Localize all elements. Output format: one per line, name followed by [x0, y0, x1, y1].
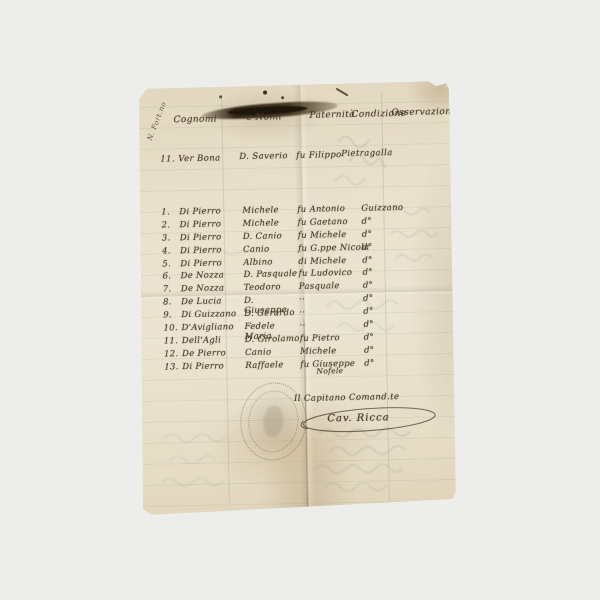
header-cognomi: Cognomi: [173, 114, 217, 125]
row-osservazione: d°: [362, 254, 440, 265]
row-cognome: De Pierro: [182, 348, 245, 359]
row-paternita: fu G.ppe Nicola: [298, 242, 362, 253]
lead-entry-cognome: Ver Bona: [178, 153, 220, 164]
ink-spatter-dot: [219, 95, 222, 98]
row-osservazione: d°: [362, 241, 440, 252]
row-nome: Canio: [243, 244, 298, 255]
row-number: 11.: [164, 336, 182, 346]
header-osservazioni: Osservazioni: [391, 107, 454, 118]
header-paternita: Paternità: [309, 110, 355, 121]
row-cognome: Di Pierro: [182, 361, 245, 372]
row-paternita: fu Michele: [298, 229, 362, 240]
row-number: 8.: [163, 297, 181, 307]
row-osservazione: d°: [363, 318, 441, 329]
row-osservazione: d°: [364, 357, 442, 368]
row-paternita: ··: [299, 320, 363, 331]
photo-backdrop: N. Fort.no Cognomi e Nomi Paternità Cond…: [0, 0, 600, 600]
row-osservazione: d°: [363, 305, 441, 316]
row-number: 5.: [162, 259, 180, 269]
row-paternita: fu Gaetano: [297, 217, 361, 228]
row-cognome: Di Guizzano: [181, 309, 244, 320]
row-paternita: ··: [299, 307, 363, 318]
row-paternita: fu Antonio: [297, 204, 361, 215]
row-number: 10.: [163, 323, 181, 333]
row-paternita-second-line: Nofele: [316, 366, 343, 376]
row-nome: Raffaele: [245, 360, 300, 371]
row-number: 6.: [162, 272, 180, 282]
row-nome: D. Canio: [243, 231, 298, 242]
lead-entry-paternita: fu Filippo: [296, 150, 342, 161]
row-cognome: De Lucia: [181, 296, 244, 307]
row-paternita: fu Pietro: [300, 333, 364, 344]
row-paternita: di Michele: [298, 255, 362, 266]
row-osservazione: d°: [363, 292, 441, 303]
row-osservazione: d°: [363, 280, 441, 291]
row-nome: Michele: [242, 218, 297, 229]
row-number: 7.: [163, 285, 181, 295]
row-paternita: Pasquale: [299, 281, 363, 292]
row-cognome: De Nozza: [181, 283, 244, 294]
row-nome: Michele: [242, 205, 297, 216]
ink-spatter-dot: [263, 90, 267, 94]
row-paternita: fu GiuseppeNofele: [300, 358, 364, 369]
row-paternita: ··: [299, 294, 363, 305]
row-osservazione: d°: [361, 215, 439, 226]
row-nome: Albino: [243, 256, 298, 267]
row-osservazione: d°: [364, 344, 442, 355]
lead-entry-num: 11.: [160, 154, 175, 164]
manuscript-sheet: N. Fort.no Cognomi e Nomi Paternità Cond…: [133, 81, 457, 515]
row-cognome: Di Pierro: [180, 232, 243, 243]
row-osservazione: d°: [362, 267, 440, 278]
row-osservazione: Guizzano: [361, 202, 439, 213]
row-number: 3.: [162, 233, 180, 243]
row-paternita: Michele: [300, 345, 364, 356]
row-nome: D. Pasquale: [243, 269, 298, 280]
row-paternita: fu Ludovico: [298, 268, 362, 279]
row-nome: Teodoro: [244, 282, 299, 293]
row-number: 1.: [161, 207, 179, 217]
lead-entry-nome: D. Saverio: [239, 151, 288, 162]
lead-entry-osservazioni: Pietragalla: [341, 148, 393, 159]
row-number: 13.: [164, 362, 182, 372]
header-nomi: e Nomi: [246, 112, 281, 123]
row-osservazione: d°: [364, 331, 442, 342]
row-number: 4.: [162, 246, 180, 256]
row-number: 12.: [164, 349, 182, 359]
signature-block: Cav. Ricca: [297, 403, 448, 436]
ink-spatter-dot: [281, 96, 284, 99]
row-nome: D. Gerardo: [244, 308, 299, 319]
row-cognome: Di Pierro: [180, 258, 243, 269]
row-nome: D. Girolamo: [245, 334, 300, 345]
signature-name: Cav. Ricca: [327, 412, 390, 424]
row-number: 9.: [163, 310, 181, 320]
signature-title: Il Capitano Comand.te: [294, 392, 400, 404]
pen-stroke: [336, 88, 349, 97]
row-nome: Canio: [245, 347, 300, 358]
row-number: 2.: [161, 220, 179, 230]
row-cognome: Di Pierro: [179, 219, 242, 230]
row-cognome: De Nozza: [180, 270, 243, 281]
register-rows: 1. Di Pierro Michele fu Antonio Guizzano…: [161, 202, 442, 375]
row-cognome: Di Pierro: [180, 245, 243, 256]
row-cognome: Di Pierro: [179, 206, 242, 217]
row-cognome: Dell'Agli: [182, 335, 245, 346]
row-cognome: D'Avigliano: [181, 322, 244, 333]
row-osservazione: d°: [362, 228, 440, 239]
